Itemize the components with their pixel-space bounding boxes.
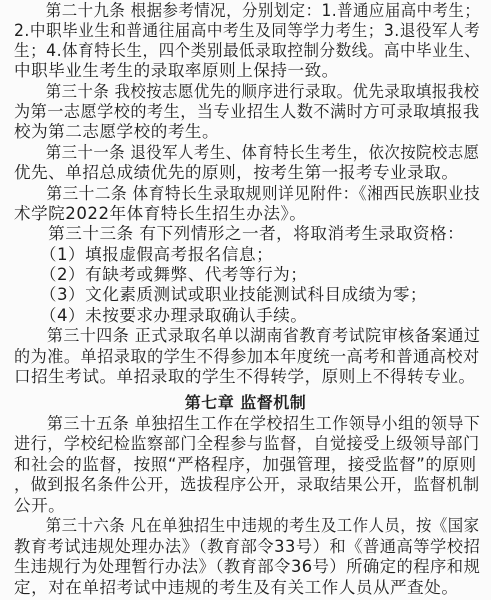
text-line: 第三十一条 退役军人考生、体育特长生考生，依次按院校志愿 (14, 143, 447, 163)
text-line: （2）有缺考或舞弊、代考等行为； (14, 265, 480, 285)
text-line: 术学院2022年体育特长生招生办法》。 (14, 204, 480, 224)
document-page: 第二十九条 根据参考情况，分别划定：1.普通应届高中考生；2.中职毕业生和普通往… (0, 0, 491, 600)
text-line: 中职毕业生考生的录取率原则上保持一致。 (14, 61, 480, 81)
text-line: 为第一志愿学校的考生，当专业招生人数不满时方可录取填报我 (14, 102, 467, 122)
text-line: 生违规行为处理暂行办法》（教育部令36号）所确定的程序和规 (14, 557, 471, 577)
text-line: （1）填报虚假高考报名信息； (14, 245, 480, 265)
text-line: 2.中职毕业生和普通往届高中考生及同等学力考生；3.退役军人考 (14, 21, 453, 41)
text-line: 的为准。单招录取的学生不得参加本年度统一高考和普通高校对 (14, 347, 467, 367)
text-line: 第三十六条 凡在单独招生中违规的考生及工作人员，按《国家 (14, 516, 447, 536)
text-line: 第三十三条 有下列情形之一者，将取消考生录取资格： (14, 224, 480, 244)
text-line: 生；4.体育特长生，四个类别最低录取控制分数线。高中毕业生、 (14, 41, 453, 61)
text-line: 和社会的监督，按照“严格程序，加强管理，接受监督”的原则 (14, 455, 480, 475)
text-line: 定，对在单招考试中违规的考生及有关工作人员从严查处。 (14, 578, 480, 598)
text-line: （4）未按要求办理录取确认手续。 (14, 306, 480, 326)
text-line: 第三十条 我校按志愿优先的顺序进行录取。优先录取填报我校 (14, 82, 447, 102)
text-line: 第三十二条 体育特长生录取规则详见附件：《湘西民族职业技 (14, 184, 454, 204)
text-line: 校为第二志愿学校的考生。 (14, 122, 480, 142)
text-line: 第三十四条 正式录取名单以湖南省教育考试院审核备案通过 (14, 326, 463, 346)
text-line: （3）文化素质测试或职业技能测试科目成绩为零； (14, 285, 480, 305)
chapter-heading: 第七章 监督机制 (0, 393, 491, 413)
text-line: 口招生考试。单招录取的学生不得转学，原则上不得转专业。 (14, 367, 480, 387)
text-line: 进行，学校纪检监察部门全程参与监督，自觉接受上级领导部门 (14, 434, 467, 454)
text-line: 优先、单招总成绩优先的原则，按考生第一报考专业录取。 (14, 163, 480, 183)
text-line: ，做到报名条件公开，选拔程序公开，录取结果公开，监督机制 (14, 475, 467, 495)
text-line: 公开。 (14, 496, 480, 516)
text-line: 第二十九条 根据参考情况，分别划定：1.普通应届高中考生； (14, 1, 447, 21)
text-line: 教育考试违规处理办法》（教育部令33号）和《普通高等学校招 (14, 537, 471, 557)
text-line: 第三十五条 单独招生工作在学校招生工作领导小组的领导下 (14, 414, 463, 434)
